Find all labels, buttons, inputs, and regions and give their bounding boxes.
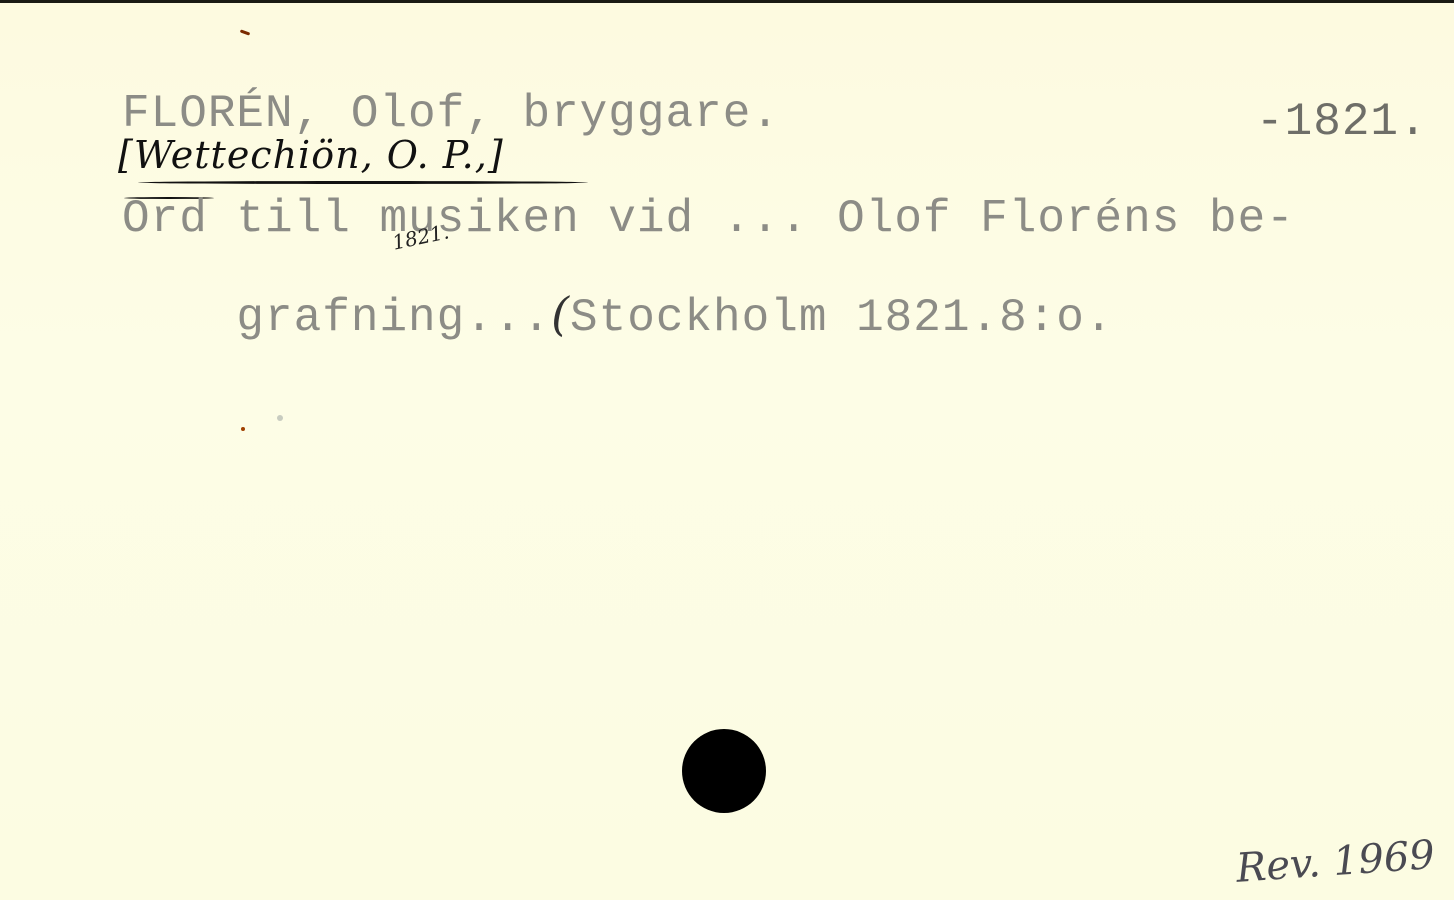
- ink-speck: [241, 427, 245, 431]
- handwritten-underline: [138, 181, 588, 184]
- heading-dates: -1821.: [1256, 99, 1428, 145]
- punch-hole: [682, 729, 766, 813]
- handwritten-paren: (: [551, 287, 570, 341]
- ink-speck: [240, 29, 250, 35]
- revision-note: Rev. 1969: [1235, 832, 1437, 892]
- handwritten-attribution: [Wettechiön, O. P.,]: [118, 133, 504, 177]
- heading-name: FLORÉN, Olof, bryggare.: [122, 91, 780, 137]
- title-line-2: grafning...(Stockholm 1821.8:o.: [122, 245, 1114, 387]
- catalog-card: FLORÉN, Olof, bryggare. -1821. [Wettechi…: [0, 0, 1454, 900]
- title-line-2-start: grafning...: [236, 292, 551, 344]
- title-line-1: Ord till musiken vid ... Olof Floréns be…: [122, 196, 1295, 242]
- title-line-2-end: Stockholm 1821.8:o.: [570, 292, 1114, 344]
- ink-speck: [277, 415, 283, 421]
